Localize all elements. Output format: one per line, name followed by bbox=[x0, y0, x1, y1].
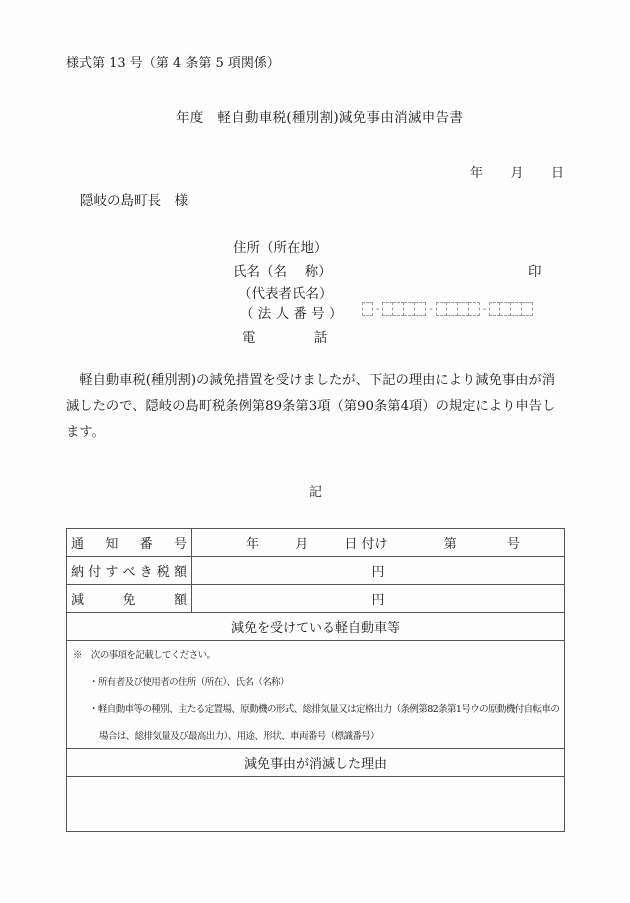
reason-field[interactable] bbox=[67, 777, 565, 832]
form-number: 様式第 13 号（第 4 条第 5 項関係） bbox=[66, 52, 280, 71]
exempt-amount-field[interactable]: 円 bbox=[192, 585, 565, 613]
tax-amount-field[interactable]: 円 bbox=[192, 557, 565, 585]
table-row-vehicle-header: 減免を受けている軽自動車等 bbox=[67, 613, 565, 641]
phone-label: 電 話 bbox=[242, 326, 327, 346]
notice-number-field[interactable]: 年 月 日 付け 第 号 bbox=[192, 529, 565, 557]
note-item-vehicle-cont: 場合は、総排気量及び最高出力）、用途、形状、車両番号（標識番号） bbox=[99, 728, 379, 742]
details-table: 通知番号 年 月 日 付け 第 号 納付すべき税額 円 減免額 円 減免を受けて… bbox=[66, 528, 565, 832]
ki-heading: 記 bbox=[309, 481, 322, 500]
date-field[interactable]: 年 月 日 bbox=[470, 162, 564, 181]
name-label: 氏名（名 称） bbox=[233, 260, 332, 280]
separator: - bbox=[429, 304, 432, 315]
table-row-reason bbox=[67, 777, 565, 832]
seal-mark: 印 bbox=[528, 260, 542, 280]
corp-number-group-4[interactable] bbox=[489, 302, 533, 316]
table-row-notes: ※ 次の事項を記載してください。 ・所有者及び使用者の住所（所在）、氏名（名称）… bbox=[67, 641, 565, 749]
corp-number-group-1[interactable] bbox=[362, 302, 373, 316]
table-row-exempt: 減免額 円 bbox=[67, 585, 565, 613]
reason-header: 減免事由が消滅した理由 bbox=[67, 749, 565, 777]
vehicle-header: 減免を受けている軽自動車等 bbox=[67, 613, 565, 641]
note-item-owner: ・所有者及び使用者の住所（所在）、氏名（名称） bbox=[89, 674, 289, 688]
separator: - bbox=[483, 304, 486, 315]
tax-amount-label: 納付すべき税額 bbox=[67, 557, 192, 585]
document-title: 年度 軽自動車税(種別割)減免事由消滅申告書 bbox=[176, 106, 463, 126]
table-row-reason-header: 減免事由が消滅した理由 bbox=[67, 749, 565, 777]
corp-number-group-3[interactable] bbox=[436, 302, 480, 316]
separator: - bbox=[376, 304, 379, 315]
date-day: 日 bbox=[551, 162, 564, 181]
addressee: 隠岐の島町長 様 bbox=[80, 189, 188, 209]
note-item-vehicle: ・軽自動車等の種別、主たる定置場、原動機の形式、総排気量又は定格出力（条例第82… bbox=[89, 701, 559, 715]
corp-number-group-2[interactable] bbox=[382, 302, 426, 316]
corporate-number-input[interactable]: - - - bbox=[362, 302, 533, 316]
notice-number-label: 通知番号 bbox=[67, 529, 192, 557]
date-year: 年 bbox=[470, 162, 483, 181]
vehicle-details-field[interactable]: ※ 次の事項を記載してください。 ・所有者及び使用者の住所（所在）、氏名（名称）… bbox=[67, 641, 565, 749]
date-month: 月 bbox=[510, 162, 523, 181]
note-instruction: ※ 次の事項を記載してください。 bbox=[73, 647, 215, 661]
representative-label: （代表者氏名） bbox=[238, 282, 333, 302]
table-row-notice: 通知番号 年 月 日 付け 第 号 bbox=[67, 529, 565, 557]
corporate-number-label: （ 法 人 番 号 ） bbox=[240, 302, 342, 322]
declaration-text: 軽自動車税(種別割)の減免措置を受けましたが、下記の理由により減免事由が消滅した… bbox=[66, 368, 566, 446]
address-label: 住所（所在地） bbox=[233, 236, 328, 256]
exempt-amount-label: 減免額 bbox=[67, 585, 192, 613]
table-row-tax: 納付すべき税額 円 bbox=[67, 557, 565, 585]
